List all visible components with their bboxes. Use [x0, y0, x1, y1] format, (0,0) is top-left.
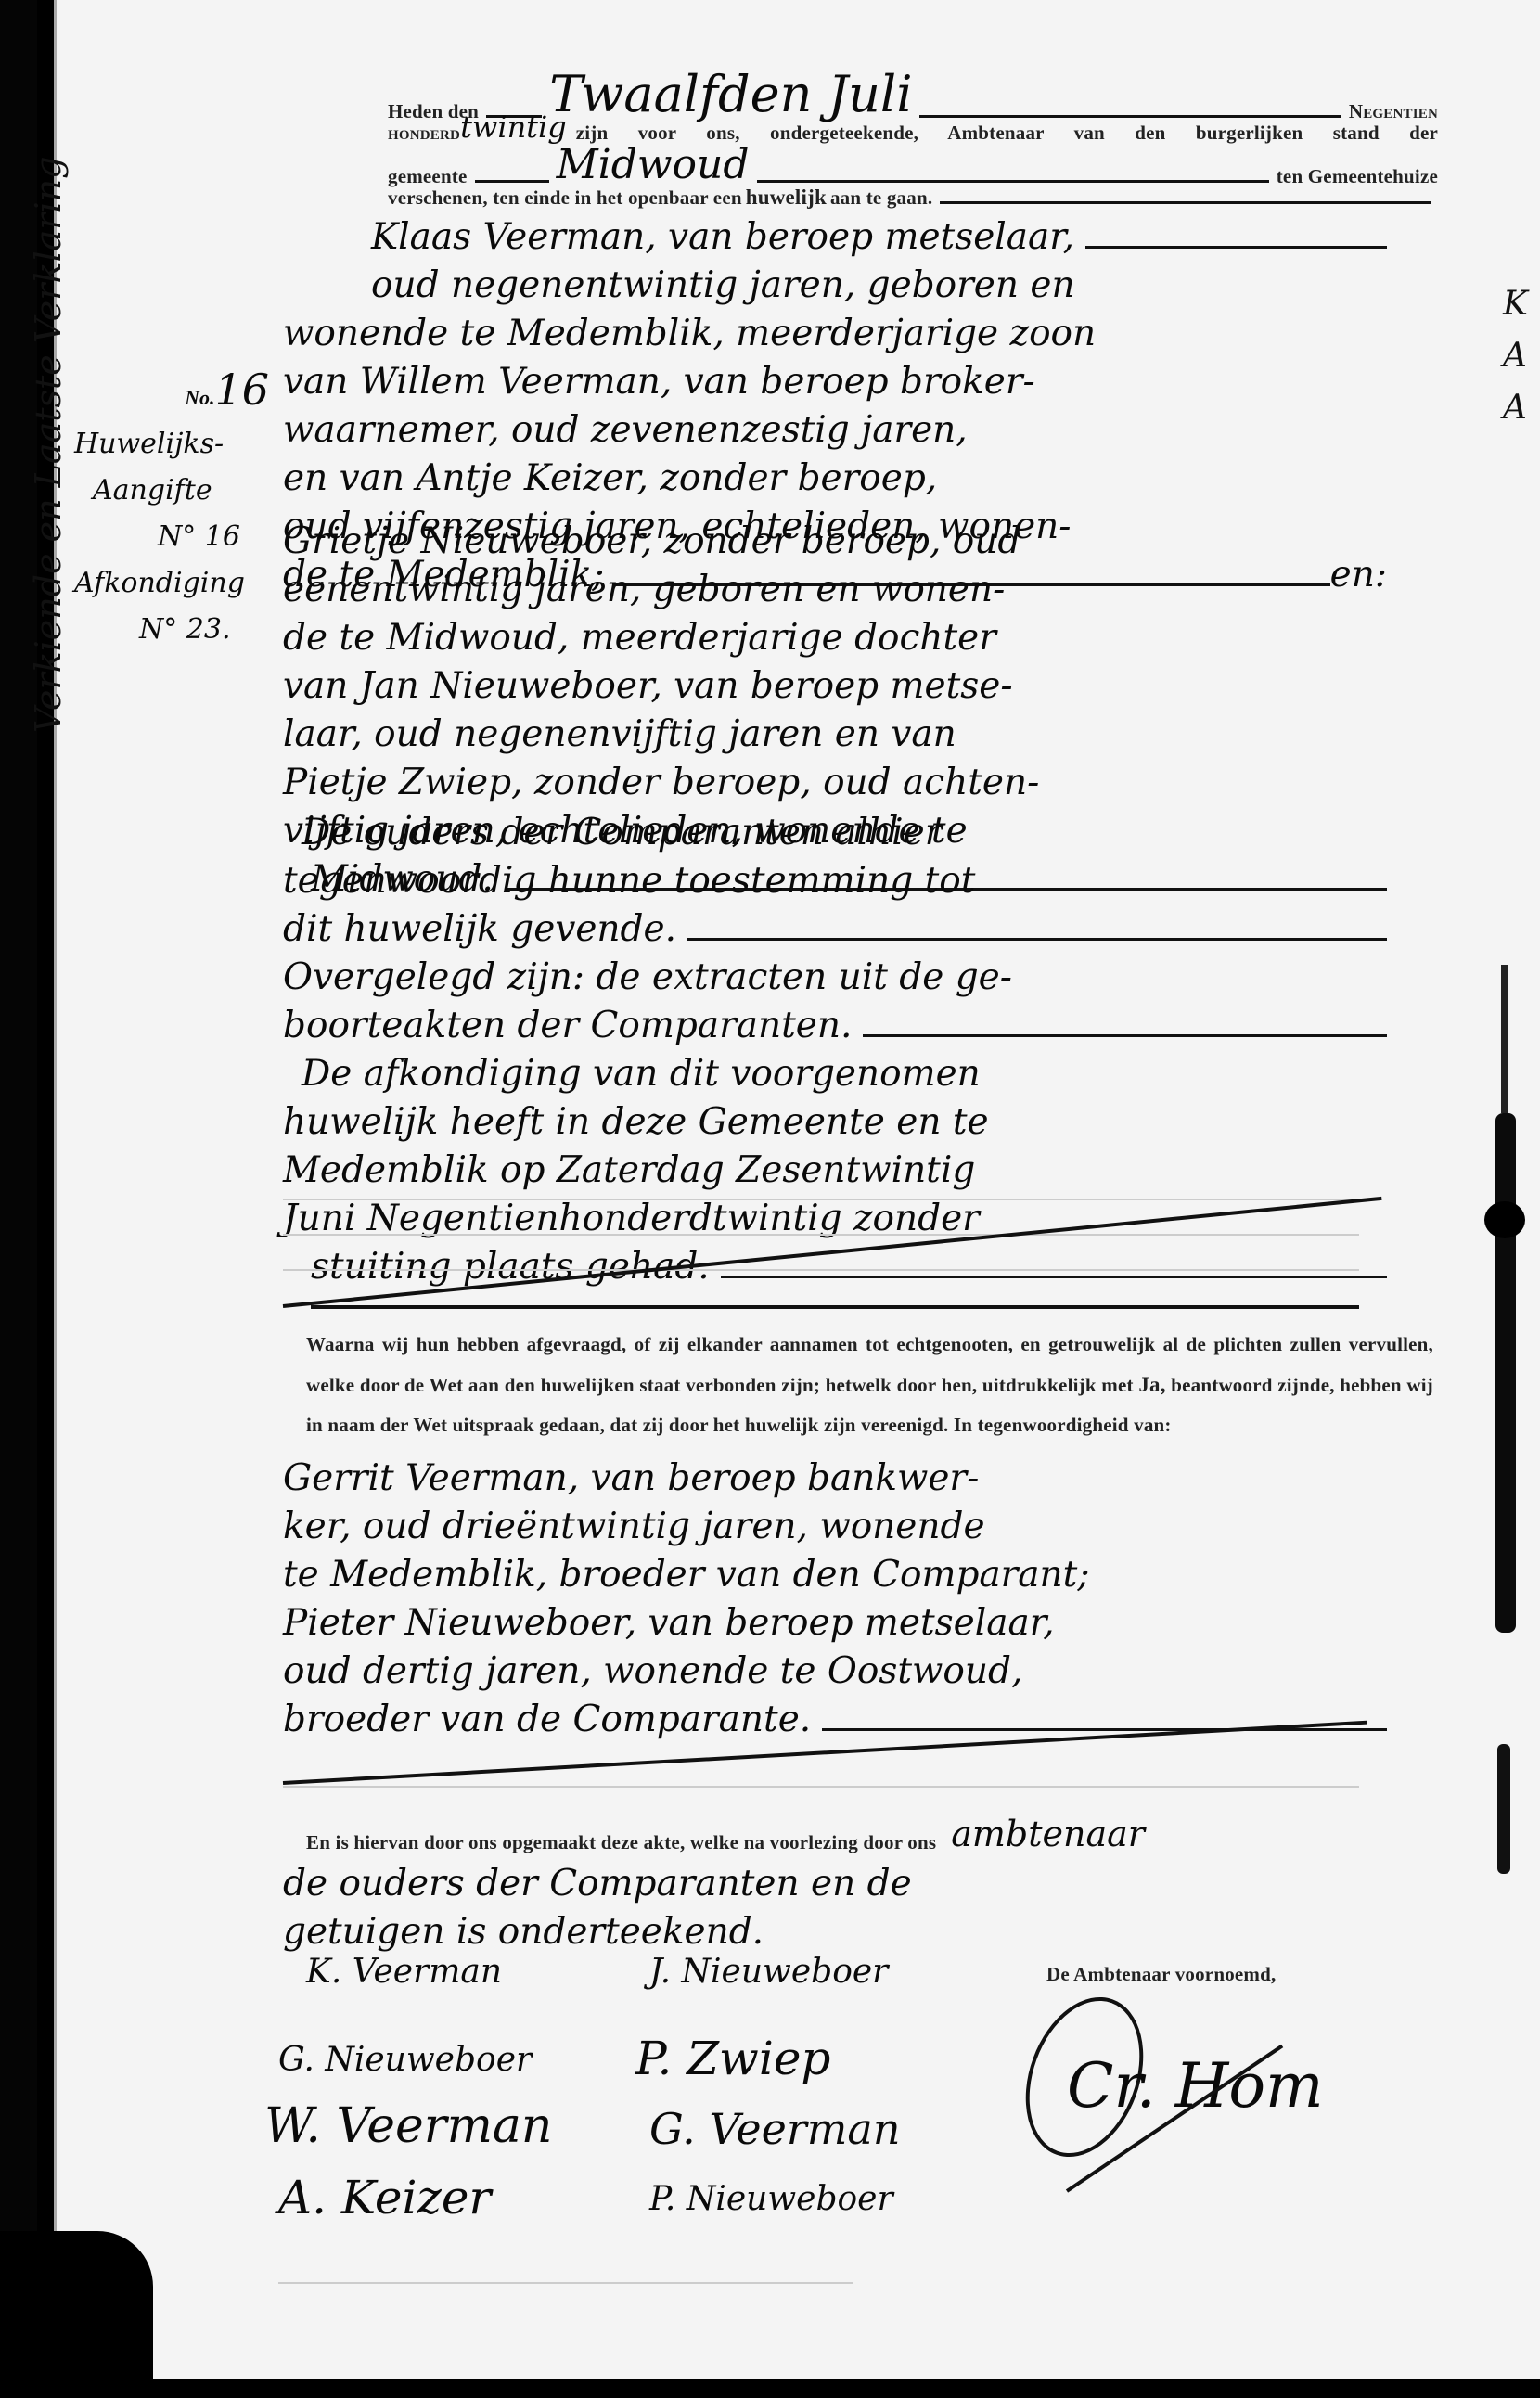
scan-bottom-border — [0, 2379, 1540, 2398]
year-handwritten: twintig — [460, 109, 567, 145]
closing-line: En is hiervan door ons opgemaakt deze ak… — [306, 1814, 1438, 1854]
binding-thread — [1497, 1744, 1510, 1874]
scan-corner-shadow — [0, 2231, 153, 2398]
signature: K. Veerman — [306, 1953, 502, 1991]
right-edge-fragments: K A A — [1503, 278, 1540, 434]
signature: P. Zwiep — [635, 2032, 830, 2085]
binding-thread — [1495, 1113, 1516, 1633]
signature: P. Nieuweboer — [649, 2180, 893, 2218]
signature: A. Keizer — [278, 2171, 491, 2225]
official-signature: Cr. Hom — [1067, 2050, 1324, 2122]
witnesses-section: Gerrit Veerman, van beroep bankwer- ker,… — [283, 1455, 1387, 1744]
signature: G. Veerman — [649, 2104, 900, 2154]
consent-section: De ouders der Comparanten alhier tegenwo… — [283, 809, 1387, 1291]
closing-handwritten: de ouders der Comparanten en de getuigen… — [283, 1860, 1387, 1956]
signature: G. Nieuweboer — [278, 2041, 532, 2079]
binding-thread — [1501, 965, 1508, 1113]
municipality-handwritten: Midwoud — [557, 141, 750, 188]
vertical-margin-note: Verkiende en Laatste Verklaring — [28, 28, 65, 733]
header-line-3: gemeente Midwoud ten Gemeentehuize — [388, 141, 1438, 188]
signature: W. Veerman — [264, 2098, 552, 2154]
binding-knot — [1484, 1201, 1525, 1238]
margin-annotation: No.16 Huwelijks- Aangifte N° 16 Afkondig… — [74, 366, 288, 653]
official-label: De Ambtenaar voornoemd, — [1046, 1963, 1276, 1986]
header-line-2: honderd twintig zijn voor ons, ondergete… — [388, 109, 1438, 145]
header-line-4: verschenen, ten einde in het openbaar ee… — [388, 186, 1438, 210]
act-number: 16 — [214, 365, 269, 415]
printed-declaration: Waarna wij hun hebben afgevraagd, of zij… — [306, 1325, 1433, 1445]
section-rule — [311, 1305, 1359, 1309]
signature: J. Nieuweboer — [649, 1953, 888, 1991]
